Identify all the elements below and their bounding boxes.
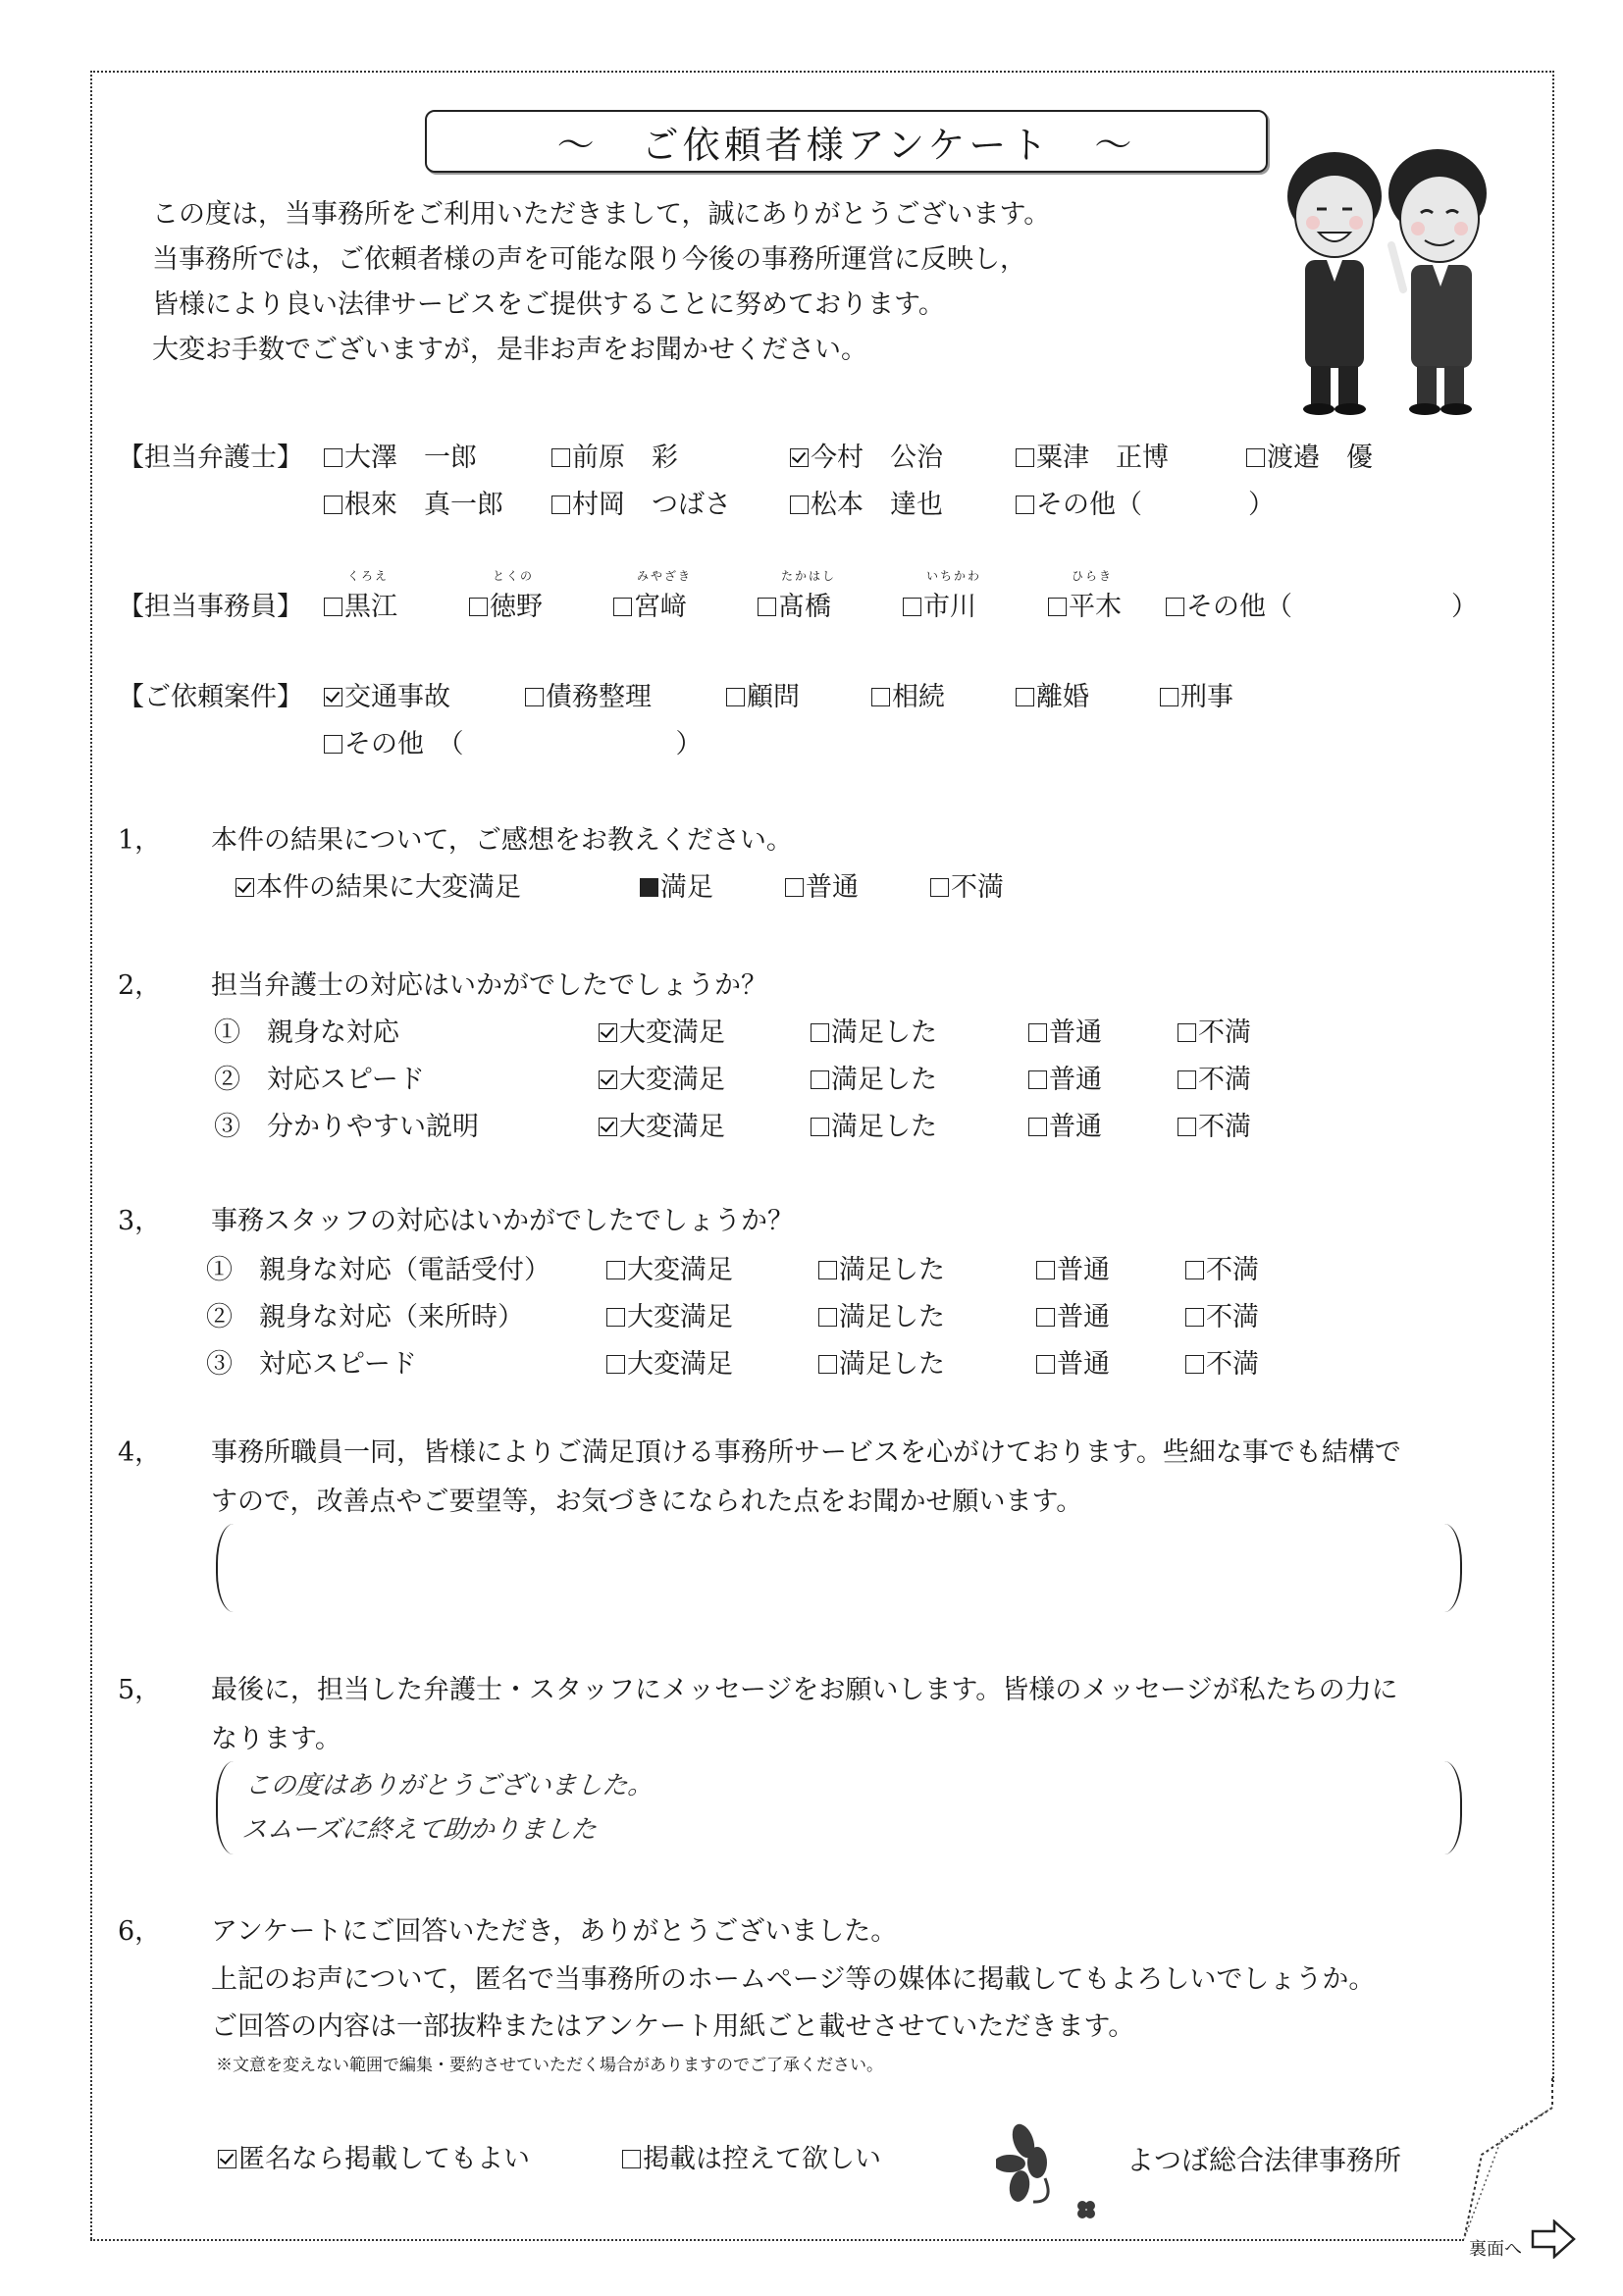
q2-item-kindness: ① 親身な対応 — [214, 1011, 399, 1049]
q2-item2-very-satisfied[interactable]: 大変満足 — [599, 1058, 725, 1096]
staff-option-kuroe[interactable]: くろえ黒江 — [324, 585, 397, 623]
checkbox[interactable] — [1036, 1308, 1055, 1327]
q2-item3-normal[interactable]: 普通 — [1028, 1105, 1102, 1143]
q1-text: 本件の結果について，ご感想をお教えください。 — [211, 818, 793, 857]
checkbox-checked[interactable] — [218, 2150, 236, 2168]
checkbox[interactable] — [790, 496, 809, 514]
staff-option-ichikawa[interactable]: いちかわ市川 — [903, 585, 976, 623]
checkbox-checked[interactable] — [599, 1023, 617, 1042]
checkbox-checked[interactable] — [599, 1070, 617, 1089]
staff-option-miyazaki[interactable]: みやざき宮﨑 — [613, 585, 687, 623]
lawyer-option-watanabe[interactable]: 渡邉 優 — [1246, 436, 1373, 474]
intro-line: 皆様により良い法律サービスをご提供することに努めております。 — [152, 283, 1050, 328]
lawyer-label: 【担当弁護士】 — [118, 436, 303, 474]
q3-item-speed: ③ 対応スピード — [206, 1342, 417, 1381]
checkbox[interactable] — [758, 598, 776, 616]
q3-item3-normal[interactable]: 普通 — [1036, 1342, 1110, 1381]
case-label: 【ご依頼案件】 — [118, 675, 303, 713]
q2-item1-dissatisfied[interactable]: 不満 — [1178, 1011, 1251, 1049]
checkbox[interactable] — [551, 496, 570, 514]
q4-number: 4， — [118, 1431, 161, 1469]
checkbox[interactable] — [1036, 1355, 1055, 1374]
q2-item1-satisfied[interactable]: 満足した — [811, 1011, 937, 1049]
q3-rating-grid: ① 親身な対応（電話受付） 大変満足 満足した 普通 不満 ② 親身な対応（来所… — [206, 1248, 1305, 1395]
checkbox[interactable] — [551, 448, 570, 467]
survey-title: ～ ご依頼者様アンケート ～ — [425, 110, 1268, 173]
title-tilde-left: ～ — [557, 115, 599, 169]
arrow-right-icon — [1531, 2219, 1576, 2259]
checkbox[interactable] — [622, 2150, 641, 2168]
q3-item3-satisfied[interactable]: 満足した — [818, 1342, 945, 1381]
checkbox[interactable] — [1028, 1023, 1047, 1042]
q3-item2-dissatisfied[interactable]: 不満 — [1185, 1295, 1259, 1333]
checkbox[interactable] — [1048, 598, 1067, 616]
q3-item3-very-satisfied[interactable]: 大変満足 — [606, 1342, 733, 1381]
q3-item2-satisfied[interactable]: 満足した — [818, 1295, 945, 1333]
checkbox[interactable] — [1016, 688, 1034, 706]
q2-number: 2， — [118, 964, 161, 1002]
checkbox[interactable] — [324, 448, 342, 467]
checkbox[interactable] — [1246, 448, 1265, 467]
q6-note: ※文意を変えない範囲で編集・要約させていただく場合がありますのでご了承ください。 — [216, 2051, 883, 2075]
title-text: ご依頼者様アンケート — [642, 115, 1052, 169]
checkbox[interactable] — [324, 598, 342, 616]
q6-option-anonymous-ok[interactable]: 匿名なら掲載してもよい — [218, 2137, 530, 2175]
checkbox[interactable] — [606, 1308, 625, 1327]
q2-item2-satisfied[interactable]: 満足した — [811, 1058, 937, 1096]
checkbox[interactable] — [324, 735, 342, 754]
checkbox[interactable] — [930, 878, 949, 897]
q5-text-line2: なります。 — [211, 1717, 341, 1755]
q4-text-line1: 事務所職員一同，皆様によりご満足頂ける事務所サービスを心がけております。些細な事… — [211, 1431, 1401, 1469]
lawyer-option-maehara[interactable]: 前原 彩 — [551, 436, 678, 474]
lawyer-option-matsumoto[interactable]: 松本 達也 — [790, 483, 943, 521]
q5-answer-line: スムーズに終えて助かりました — [240, 1808, 652, 1852]
q5-text-line1: 最後に，担当した弁護士・スタッフにメッセージをお願いします。皆様のメッセージが私… — [211, 1668, 1398, 1706]
checkbox-checked[interactable] — [640, 878, 658, 897]
case-option-advisor[interactable]: 顧問 — [726, 675, 800, 713]
q2-item2-dissatisfied[interactable]: 不満 — [1178, 1058, 1251, 1096]
staff-option-hiraki[interactable]: ひらき平木 — [1048, 585, 1122, 623]
q6-line2: 上記のお声について，匿名で当事務所のホームページ等の媒体に掲載してもよろしいでし… — [211, 1957, 1375, 1996]
q5-number: 5， — [118, 1668, 161, 1706]
case-option-other[interactable]: その他 （ ） — [324, 722, 703, 760]
checkbox[interactable] — [606, 1261, 625, 1279]
checkbox[interactable] — [1166, 598, 1184, 616]
q3-item-phone: ① 親身な対応（電話受付） — [206, 1248, 550, 1286]
staff-option-takahashi[interactable]: たかはし髙橋 — [758, 585, 831, 623]
q3-item1-normal[interactable]: 普通 — [1036, 1248, 1110, 1286]
intro-paragraph: この度は，当事務所をご利用いただきまして，誠にありがとうございます。 当事務所で… — [152, 192, 1050, 373]
q3-item3-dissatisfied[interactable]: 不満 — [1185, 1342, 1259, 1381]
lawyer-option-awazu[interactable]: 粟津 正博 — [1016, 436, 1169, 474]
page-curl-corner — [1442, 2078, 1556, 2241]
checkbox[interactable] — [811, 1118, 829, 1136]
q2-item2-normal[interactable]: 普通 — [1028, 1058, 1102, 1096]
q1-option-very-satisfied[interactable]: 本件の結果に大変満足 — [236, 865, 521, 904]
q1-option-dissatisfied[interactable]: 不満 — [930, 865, 1004, 904]
q3-item-visit: ② 親身な対応（来所時） — [206, 1295, 524, 1333]
q3-item1-dissatisfied[interactable]: 不満 — [1185, 1248, 1259, 1286]
checkbox-checked[interactable] — [790, 448, 809, 467]
case-option-traffic-accident[interactable]: 交通事故 — [324, 675, 450, 713]
q2-item1-normal[interactable]: 普通 — [1028, 1011, 1102, 1049]
checkbox[interactable] — [1185, 1308, 1204, 1327]
case-option-debt[interactable]: 債務整理 — [525, 675, 652, 713]
checkbox-checked[interactable] — [599, 1118, 617, 1136]
q3-item1-very-satisfied[interactable]: 大変満足 — [606, 1248, 733, 1286]
q5-answer-line: この度はありがとうございました。 — [243, 1764, 654, 1808]
staff-option-tokuno[interactable]: とくの徳野 — [469, 585, 543, 623]
title-tilde-right: ～ — [1094, 115, 1135, 169]
q4-answer-field[interactable] — [216, 1524, 1462, 1612]
checkbox[interactable] — [1028, 1070, 1047, 1089]
checkbox[interactable] — [871, 688, 890, 706]
checkbox[interactable] — [613, 598, 632, 616]
checkbox[interactable] — [1178, 1118, 1196, 1136]
firm-name: よつば総合法律事務所 — [1126, 2139, 1401, 2178]
q1-option-satisfied[interactable]: 満足 — [640, 865, 713, 904]
checkbox[interactable] — [1178, 1070, 1196, 1089]
q4-text-line2: すので，改善点やご要望等，お気づきになられた点をお聞かせ願います。 — [211, 1480, 1082, 1518]
q5-handwritten-answer: この度はありがとうございました。 スムーズに終えて助かりました — [240, 1764, 654, 1852]
checkbox[interactable] — [811, 1023, 829, 1042]
lawyer-option-negoro[interactable]: 根來 真一郎 — [324, 483, 503, 521]
checkbox[interactable] — [1185, 1261, 1204, 1279]
checkbox[interactable] — [1160, 688, 1178, 706]
intro-line: 当事務所では，ご依頼者様の声を可能な限り今後の事務所運営に反映し， — [152, 237, 1050, 283]
staff-option-other[interactable]: その他（ ） — [1166, 585, 1478, 623]
q2-item3-very-satisfied[interactable]: 大変満足 — [599, 1105, 725, 1143]
checkbox[interactable] — [785, 878, 804, 897]
checkbox[interactable] — [726, 688, 745, 706]
checkbox[interactable] — [469, 598, 488, 616]
checkbox[interactable] — [818, 1261, 837, 1279]
checkbox[interactable] — [1016, 496, 1034, 514]
checkbox[interactable] — [606, 1355, 625, 1374]
intro-line: この度は，当事務所をご利用いただきまして，誠にありがとうございます。 — [152, 192, 1050, 237]
checkbox[interactable] — [903, 598, 921, 616]
q6-line1: アンケートにご回答いただき，ありがとうございました。 — [211, 1909, 897, 1948]
checkbox[interactable] — [525, 688, 544, 706]
q1-number: 1， — [118, 818, 161, 857]
checkbox[interactable] — [1178, 1023, 1196, 1042]
staff-label: 【担当事務員】 — [118, 585, 303, 623]
q2-rating-grid: ① 親身な対応 大変満足 満足した 普通 不満 ② 対応スピード 大変満足 満足… — [214, 1011, 1293, 1158]
lawyer-option-imamura[interactable]: 今村 公治 — [790, 436, 943, 474]
q1-option-normal[interactable]: 普通 — [785, 865, 859, 904]
checkbox[interactable] — [1016, 448, 1034, 467]
case-selection: 【ご依頼案件】 交通事故 債務整理 顧問 相続 離婚 刑事 その他 （ ） — [118, 675, 1393, 763]
q2-text: 担当弁護士の対応はいかがでしたでしょうか？ — [211, 964, 767, 1002]
q6-line3: ご回答の内容は一部抜粋またはアンケート用紙ごと載せさせていただきます。 — [211, 2005, 1134, 2043]
checkbox[interactable] — [818, 1308, 837, 1327]
checkbox[interactable] — [324, 496, 342, 514]
staff-selection: 【担当事務員】 くろえ黒江 とくの徳野 みやざき宮﨑 たかはし髙橋 いちかわ市川… — [118, 585, 1492, 624]
lawyers-illustration — [1256, 142, 1511, 422]
checkbox[interactable] — [1036, 1261, 1055, 1279]
q6-option-decline[interactable]: 掲載は控えて欲しい — [622, 2137, 881, 2175]
case-option-criminal[interactable]: 刑事 — [1160, 675, 1233, 713]
lawyer-selection: 【担当弁護士】 大澤 一郎 前原 彩 今村 公治 粟津 正博 渡邉 優 根來 真… — [118, 436, 1393, 524]
page-border-right — [1552, 71, 1554, 2082]
lawyer-option-other[interactable]: その他（ ） — [1016, 483, 1275, 521]
case-option-divorce[interactable]: 離婚 — [1016, 675, 1089, 713]
q2-item3-satisfied[interactable]: 満足した — [811, 1105, 937, 1143]
page-border-bottom — [90, 2239, 1464, 2241]
q2-item-explanation: ③ 分かりやすい説明 — [214, 1105, 479, 1143]
q3-item1-satisfied[interactable]: 満足した — [818, 1248, 945, 1286]
q6-number: 6， — [118, 1909, 161, 1948]
page-border-top — [90, 71, 1554, 73]
q3-text: 事務スタッフの対応はいかがでしたでしょうか？ — [211, 1199, 794, 1237]
checkbox[interactable] — [811, 1070, 829, 1089]
q3-number: 3， — [118, 1199, 161, 1237]
q2-item-speed: ② 対応スピード — [214, 1058, 425, 1096]
case-option-inheritance[interactable]: 相続 — [871, 675, 945, 713]
checkbox[interactable] — [1185, 1355, 1204, 1374]
q3-item2-very-satisfied[interactable]: 大変満足 — [606, 1295, 733, 1333]
q2-item3-dissatisfied[interactable]: 不満 — [1178, 1105, 1251, 1143]
checkbox-checked[interactable] — [324, 688, 342, 706]
lawyer-option-muraoka[interactable]: 村岡 つばさ — [551, 483, 731, 521]
clover-logo-icon — [996, 2119, 1114, 2227]
intro-line: 大変お手数でございますが，是非お声をお聞かせください。 — [152, 328, 1050, 373]
checkbox[interactable] — [1028, 1118, 1047, 1136]
checkbox-checked[interactable] — [236, 878, 254, 897]
back-side-label: 裏面へ — [1469, 2235, 1522, 2261]
lawyer-option-osawa[interactable]: 大澤 一郎 — [324, 436, 477, 474]
q3-item2-normal[interactable]: 普通 — [1036, 1295, 1110, 1333]
checkbox[interactable] — [818, 1355, 837, 1374]
page-border-left — [90, 71, 92, 2239]
q2-item1-very-satisfied[interactable]: 大変満足 — [599, 1011, 725, 1049]
